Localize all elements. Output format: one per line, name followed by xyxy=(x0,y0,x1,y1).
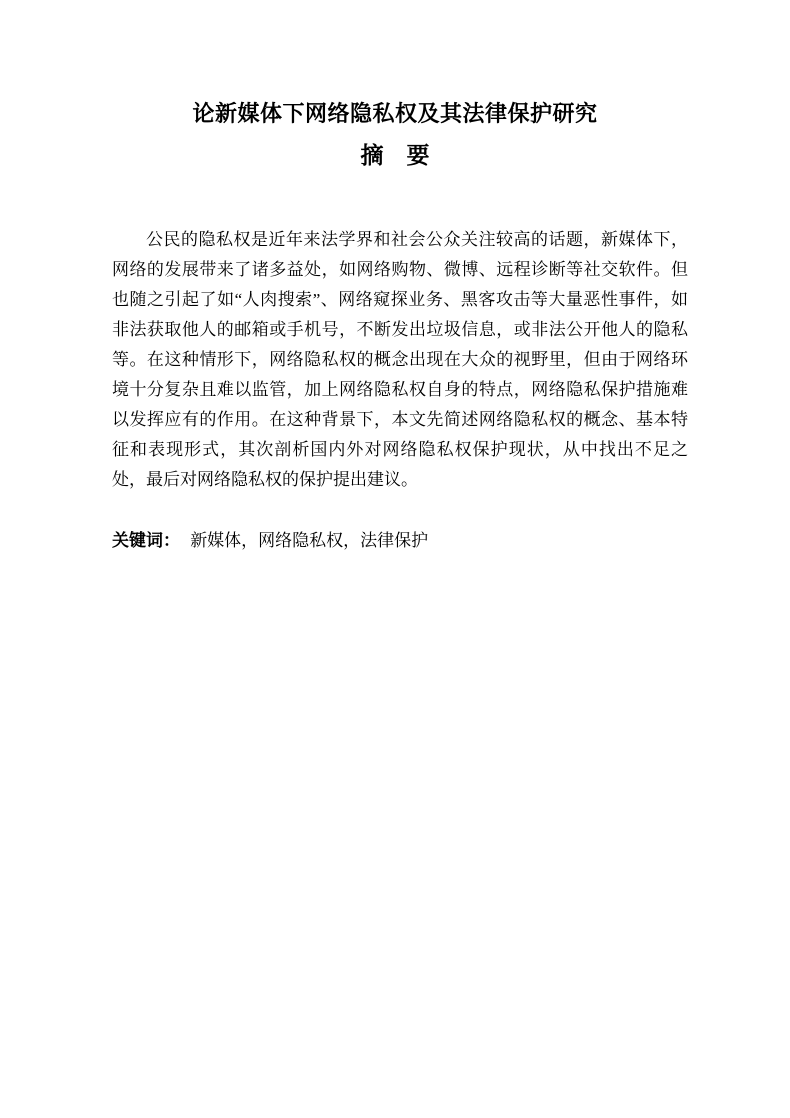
keywords-line: 关键词：新媒体，网络隐私权，法律保护 xyxy=(112,528,688,554)
abstract-heading: 摘 要 xyxy=(0,142,790,169)
keywords-text: 新媒体，网络隐私权，法律保护 xyxy=(190,531,428,550)
abstract-paragraph: 公民的隐私权是近年来法学界和社会公众关注较高的话题，新媒体下，网络的发展带来了诸… xyxy=(112,225,688,495)
document-title: 论新媒体下网络隐私权及其法律保护研究 xyxy=(0,0,790,127)
document-page: 论新媒体下网络隐私权及其法律保护研究 摘 要 公民的隐私权是近年来法学界和社会公… xyxy=(0,0,790,1118)
keywords-label: 关键词： xyxy=(112,531,180,550)
